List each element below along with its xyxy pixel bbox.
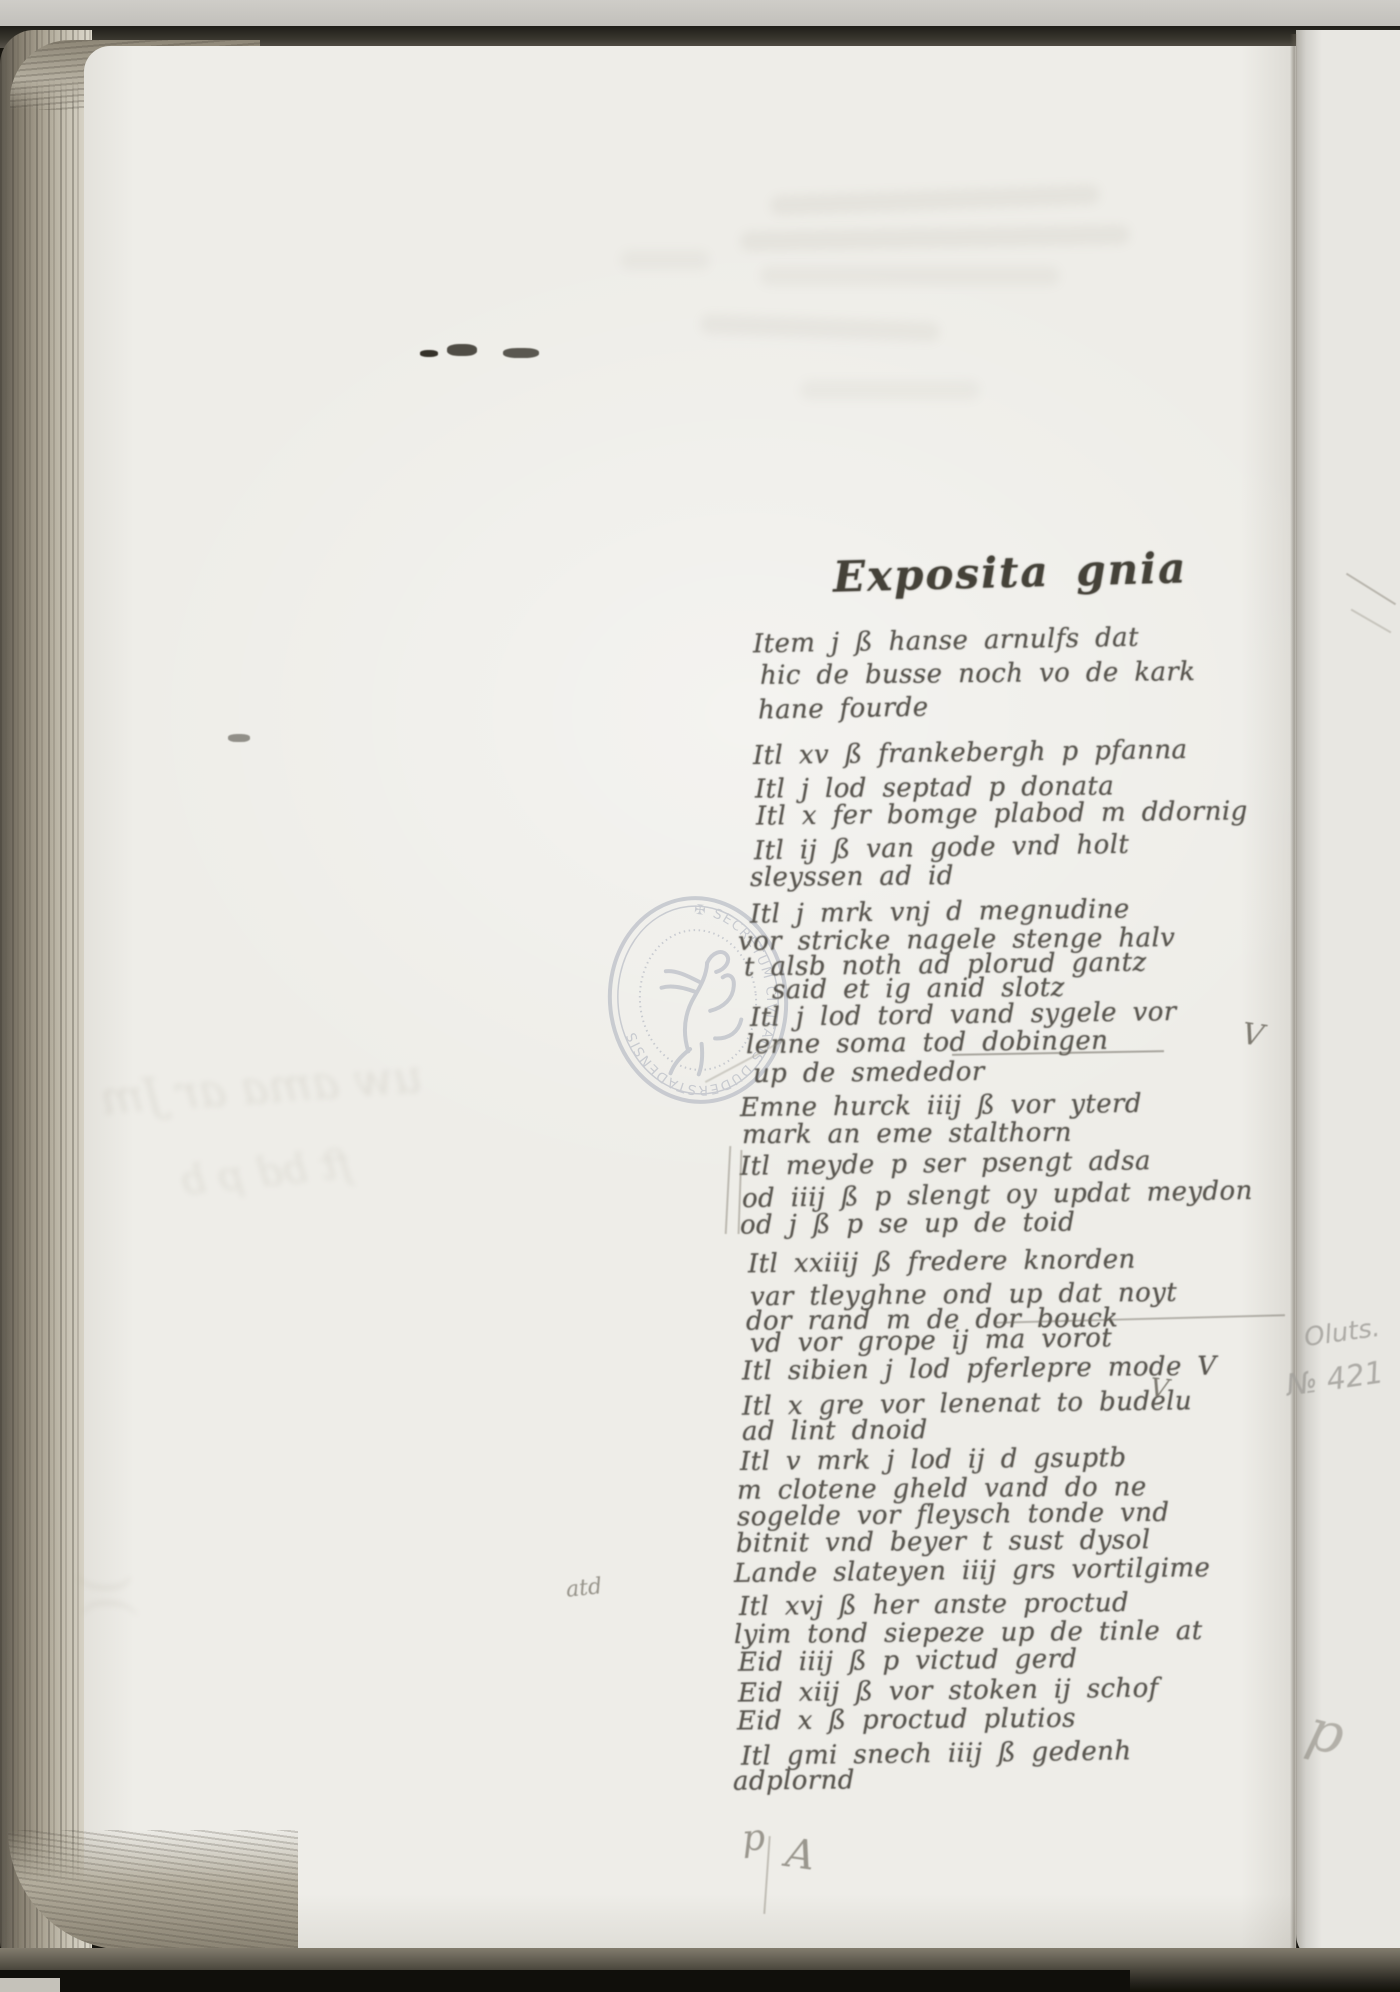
manuscript-line: Eid iiij ß p victud gerd xyxy=(738,1644,1078,1678)
ink-smudge xyxy=(228,734,250,742)
manuscript-line: Itl sibien j lod pferlepre mode V xyxy=(742,1352,1217,1387)
check-mark: V xyxy=(1240,1017,1266,1055)
manuscript-line: hane fourde xyxy=(758,693,929,726)
manuscript-line: hic de busse noch vo de kark xyxy=(760,657,1196,691)
check-mark: V xyxy=(1148,1373,1170,1405)
manuscript-line: Itl meyde p ser psengt adsa xyxy=(740,1146,1151,1182)
scan-bottom-sliver xyxy=(0,1978,60,1992)
ink-smudge xyxy=(503,348,539,358)
ink-smudge xyxy=(447,344,477,356)
book-spine-page-edges xyxy=(0,30,92,1962)
page-seam xyxy=(1290,34,1297,1960)
manuscript-line: Itl xv ß frankebergh p pfanna xyxy=(753,735,1188,771)
ink-smudge xyxy=(420,350,438,357)
manuscript-line: up de smededor xyxy=(753,1057,985,1089)
showthrough-line xyxy=(620,250,710,270)
manuscript-line: ad lint dnoid xyxy=(742,1415,928,1447)
manuscript-line: adplornd xyxy=(733,1765,855,1796)
section-heading: Exposita gnia xyxy=(832,543,1188,601)
manuscript-line: sleyssen ad id xyxy=(750,861,954,893)
next-leaf-edge xyxy=(1296,30,1400,1964)
margin-note: atd xyxy=(565,1574,603,1603)
pen-trial-mark: A xyxy=(783,1830,818,1880)
scan-top-strip xyxy=(0,0,1400,26)
manuscript-scan: uw ama ar Jm ft bd p b )﻿( ✠ SECRETUM CI… xyxy=(0,0,1400,1992)
manuscript-line: Itl xxiiij ß fredere knorden xyxy=(748,1245,1136,1280)
pen-trial-mark: p xyxy=(741,1817,767,1860)
manuscript-line: Eid x ß proctud plutios xyxy=(737,1704,1076,1737)
manuscript-line: mark an eme stalthorn xyxy=(742,1118,1072,1150)
showthrough-line xyxy=(800,380,980,400)
manuscript-line: Eid xiij ß vor stoken ij schof xyxy=(738,1673,1159,1708)
scan-bottom-black xyxy=(0,1970,1130,1992)
showthrough-line xyxy=(760,266,1060,286)
manuscript-line: od j ß p se up de toid xyxy=(740,1208,1075,1241)
manuscript-line: Itl x fer bomge plabod m ddornig xyxy=(756,796,1248,831)
manuscript-line: Lande slateyen iiij grs vortilgime xyxy=(734,1553,1211,1589)
manuscript-line: lenne soma tod dobingen xyxy=(746,1026,1109,1060)
